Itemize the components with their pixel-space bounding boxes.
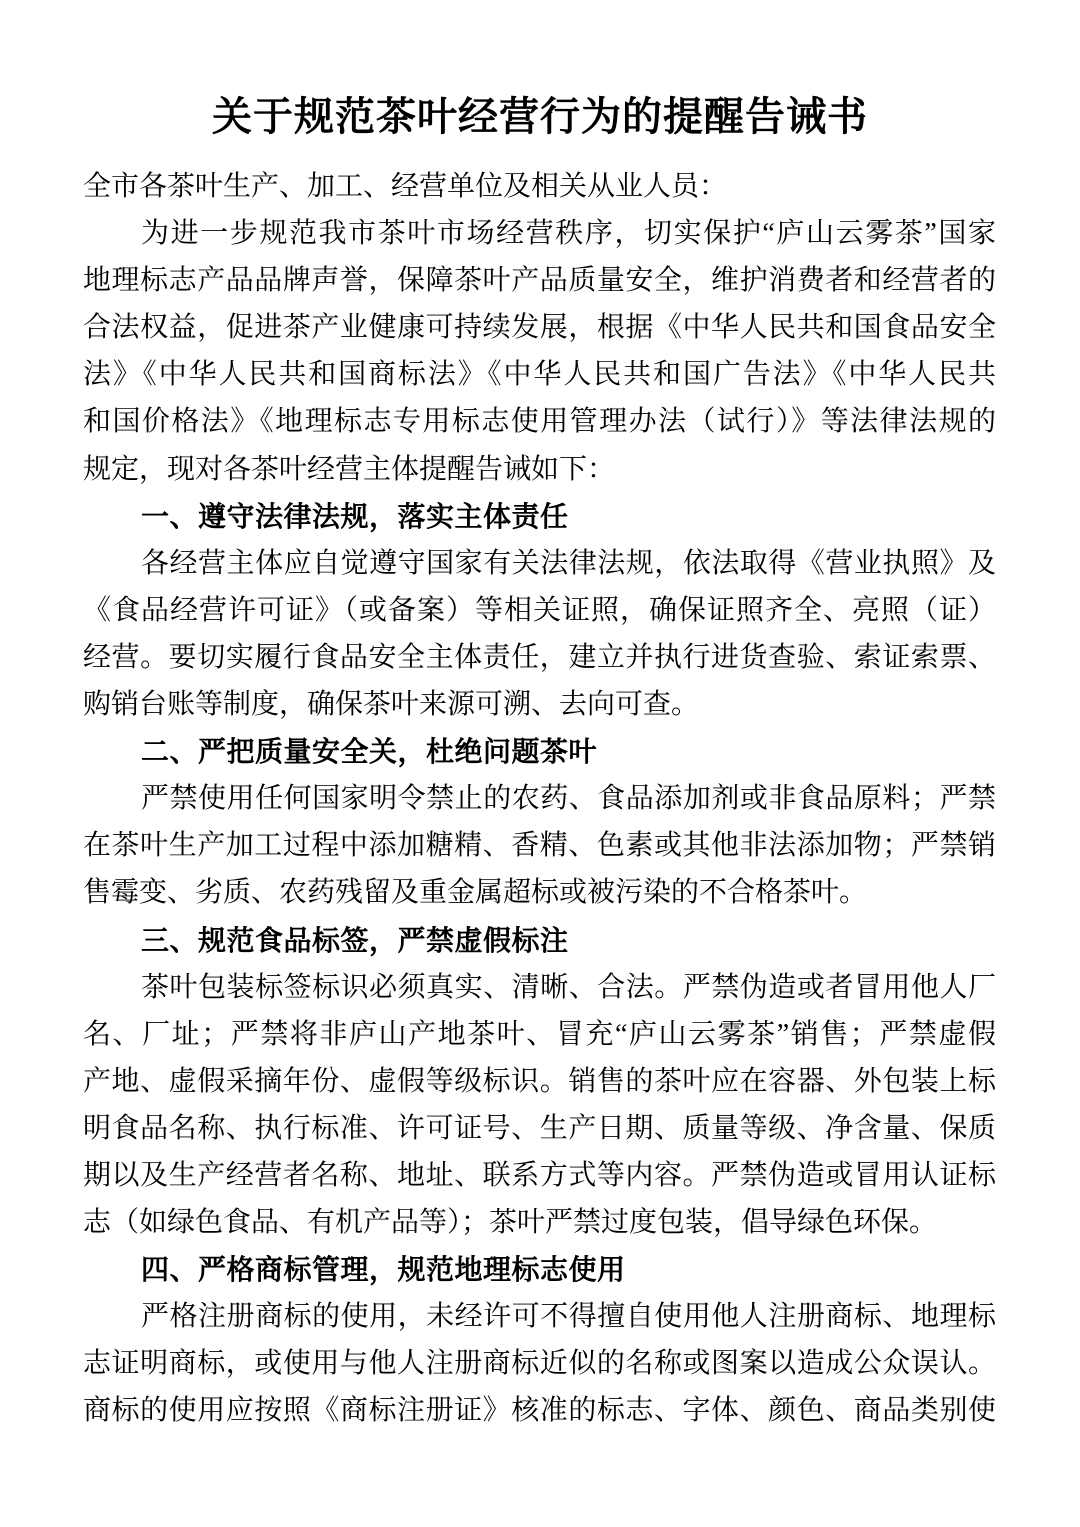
text-line: 经营。要切实履行食品安全主体责任，建立并执行进货查验、索证索票、 [83, 634, 996, 681]
section-heading: 一、遵守法律法规，落实主体责任 [83, 493, 996, 540]
section-heading: 二、严把质量安全关，杜绝问题茶叶 [83, 728, 996, 775]
text-line: 严格注册商标的使用，未经许可不得擅自使用他人注册商标、地理标 [83, 1293, 996, 1340]
text-line: 产地、虚假采摘年份、虚假等级标识。销售的茶叶应在容器、外包装上标 [83, 1058, 996, 1105]
text-line: 茶叶包装标签标识必须真实、清晰、合法。严禁伪造或者冒用他人厂 [83, 964, 996, 1011]
text-line: 购销台账等制度，确保茶叶来源可溯、去向可查。 [83, 681, 996, 728]
text-line: 规定，现对各茶叶经营主体提醒告诫如下： [83, 446, 996, 493]
text-line: 严禁使用任何国家明令禁止的农药、食品添加剂或非食品原料；严禁 [83, 775, 996, 822]
text-line: 《食品经营许可证》（或备案）等相关证照，确保证照齐全、亮照（证） [83, 587, 996, 634]
document-title: 关于规范茶叶经营行为的提醒告诫书 [0, 93, 1080, 140]
text-line: 法》《中华人民共和国商标法》《中华人民共和国广告法》《中华人民共 [83, 351, 996, 398]
section-heading: 四、严格商标管理，规范地理标志使用 [83, 1246, 996, 1293]
text-line: 各经营主体应自觉遵守国家有关法律法规，依法取得《营业执照》及 [83, 540, 996, 587]
text-line: 期以及生产经营者名称、地址、联系方式等内容。严禁伪造或冒用认证标 [83, 1152, 996, 1199]
text-line: 全市各茶叶生产、加工、经营单位及相关从业人员： [83, 163, 996, 210]
text-line: 明食品名称、执行标准、许可证号、生产日期、质量等级、净含量、保质 [83, 1105, 996, 1152]
document-page: 关于规范茶叶经营行为的提醒告诫书 全市各茶叶生产、加工、经营单位及相关从业人员：… [0, 0, 1080, 1527]
text-line: 地理标志产品品牌声誉，保障茶叶产品质量安全，维护消费者和经营者的 [83, 257, 996, 304]
text-line: 售霉变、劣质、农药残留及重金属超标或被污染的不合格茶叶。 [83, 869, 996, 916]
text-line: 志证明商标，或使用与他人注册商标近似的名称或图案以造成公众误认。 [83, 1340, 996, 1387]
text-line: 名、厂址；严禁将非庐山产地茶叶、冒充“庐山云雾茶”销售；严禁虚假 [83, 1011, 996, 1058]
text-line: 志（如绿色食品、有机产品等）；茶叶严禁过度包装，倡导绿色环保。 [83, 1199, 996, 1246]
text-line: 在茶叶生产加工过程中添加糖精、香精、色素或其他非法添加物；严禁销 [83, 822, 996, 869]
section-heading: 三、规范食品标签，严禁虚假标注 [83, 917, 996, 964]
document-body: 全市各茶叶生产、加工、经营单位及相关从业人员：为进一步规范我市茶叶市场经营秩序，… [83, 163, 996, 1435]
text-line: 合法权益，促进茶产业健康可持续发展，根据《中华人民共和国食品安全 [83, 304, 996, 351]
text-line: 为进一步规范我市茶叶市场经营秩序，切实保护“庐山云雾茶”国家 [83, 210, 996, 257]
text-line: 商标的使用应按照《商标注册证》核准的标志、字体、颜色、商品类别使 [83, 1387, 996, 1434]
text-line: 和国价格法》《地理标志专用标志使用管理办法（试行）》等法律法规的 [83, 398, 996, 445]
